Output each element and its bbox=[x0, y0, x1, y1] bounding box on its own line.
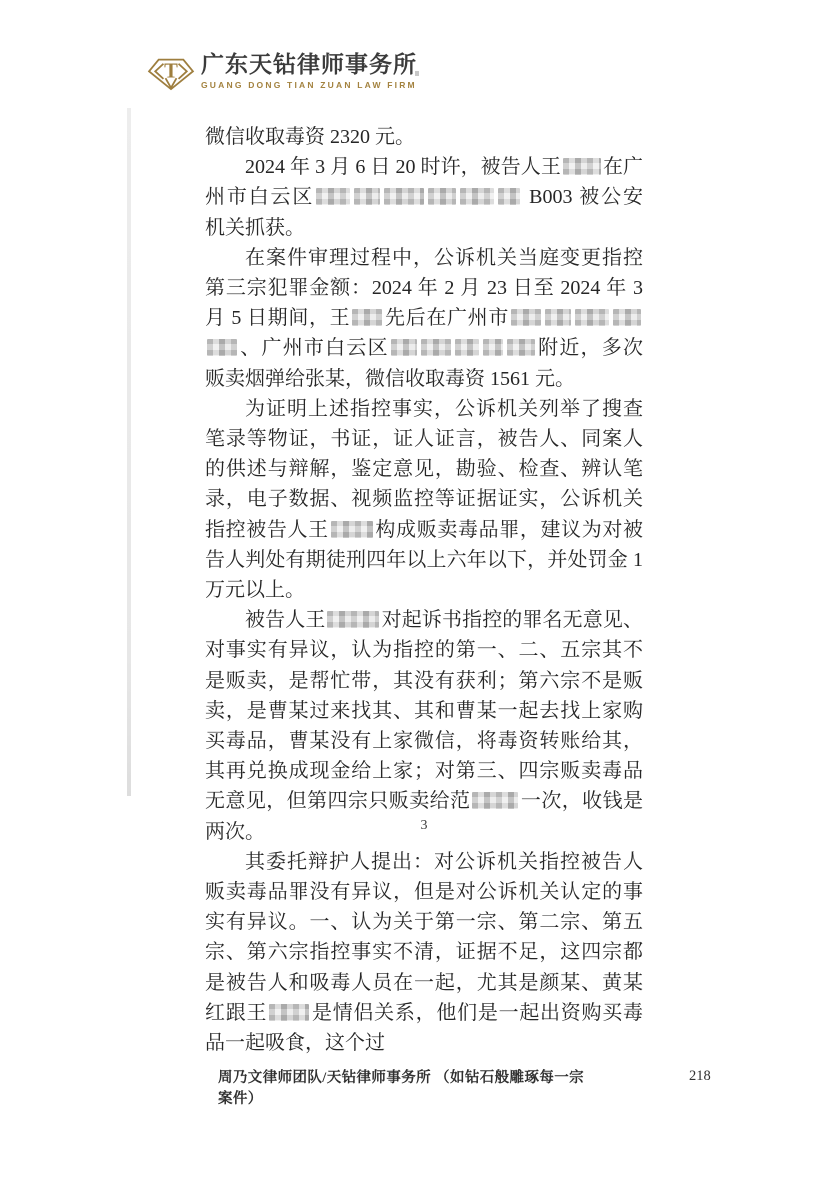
redaction-blur bbox=[613, 309, 641, 326]
paragraph: 微信收取毒资 2320 元。 bbox=[205, 122, 643, 152]
letterhead: T 广东天钻律师事务所 GUANG DONG TIAN ZUAN LAW FIR… bbox=[147, 44, 417, 98]
redaction-blur bbox=[207, 339, 237, 356]
redaction-blur bbox=[391, 339, 417, 356]
redaction-blur bbox=[498, 188, 520, 205]
paragraph: 被告人王对起诉书指控的罪名无意见、对事实有异议，认为指控的第一、二、五宗其不是贩… bbox=[205, 605, 643, 847]
firm-names: 广东天钻律师事务所 GUANG DONG TIAN ZUAN LAW FIRM bbox=[201, 44, 417, 90]
redaction-blur bbox=[472, 792, 518, 809]
redaction-blur bbox=[428, 188, 456, 205]
redaction-blur bbox=[563, 158, 601, 175]
paragraph: 为证明上述指控事实，公诉机关列举了搜查笔录等物证，书证，证人证言，被告人、同案人… bbox=[205, 394, 643, 605]
redaction-blur bbox=[354, 188, 380, 205]
redaction-blur bbox=[460, 188, 494, 205]
redaction-blur bbox=[545, 309, 571, 326]
scan-artifact bbox=[415, 71, 419, 76]
redaction-blur bbox=[352, 309, 382, 326]
paragraph: 2024 年 3 月 6 日 20 时许，被告人王在广州市白云区 B003 被公… bbox=[205, 152, 643, 243]
footer-text: 周乃文律师团队/天钻律师事务所 （如钻石般雕琢每一宗案件） bbox=[218, 1066, 598, 1108]
redaction-blur bbox=[511, 309, 541, 326]
redaction-blur bbox=[455, 339, 479, 356]
left-margin-line bbox=[127, 108, 131, 796]
firm-logo-icon: T bbox=[147, 46, 195, 98]
logo-letter: T bbox=[164, 60, 178, 82]
redaction-blur bbox=[575, 309, 609, 326]
firm-name-cn: 广东天钻律师事务所 bbox=[201, 51, 417, 78]
redaction-blur bbox=[269, 1004, 309, 1021]
paragraph: 其委托辩护人提出：对公诉机关指控被告人贩卖毒品罪没有异议，但是对公诉机关认定的事… bbox=[205, 847, 643, 1058]
paragraph: 在案件审理过程中，公诉机关当庭变更指控第三宗犯罪金额：2024 年 2 月 23… bbox=[205, 243, 643, 394]
redaction-blur bbox=[421, 339, 451, 356]
redaction-blur bbox=[507, 339, 535, 356]
redaction-blur bbox=[316, 188, 350, 205]
document-body: 微信收取毒资 2320 元。2024 年 3 月 6 日 20 时许，被告人王在… bbox=[205, 122, 643, 1058]
redaction-blur bbox=[331, 521, 373, 538]
redaction-blur bbox=[327, 611, 379, 628]
scanned-document-page: { "colors": { "gold": "#9e7e3e", "title_… bbox=[0, 0, 833, 1178]
footer-page-number: 218 bbox=[689, 1068, 711, 1085]
firm-name-en: GUANG DONG TIAN ZUAN LAW FIRM bbox=[201, 80, 417, 90]
redaction-blur bbox=[483, 339, 503, 356]
document-page-number: 3 bbox=[205, 818, 643, 834]
redaction-blur bbox=[384, 188, 424, 205]
